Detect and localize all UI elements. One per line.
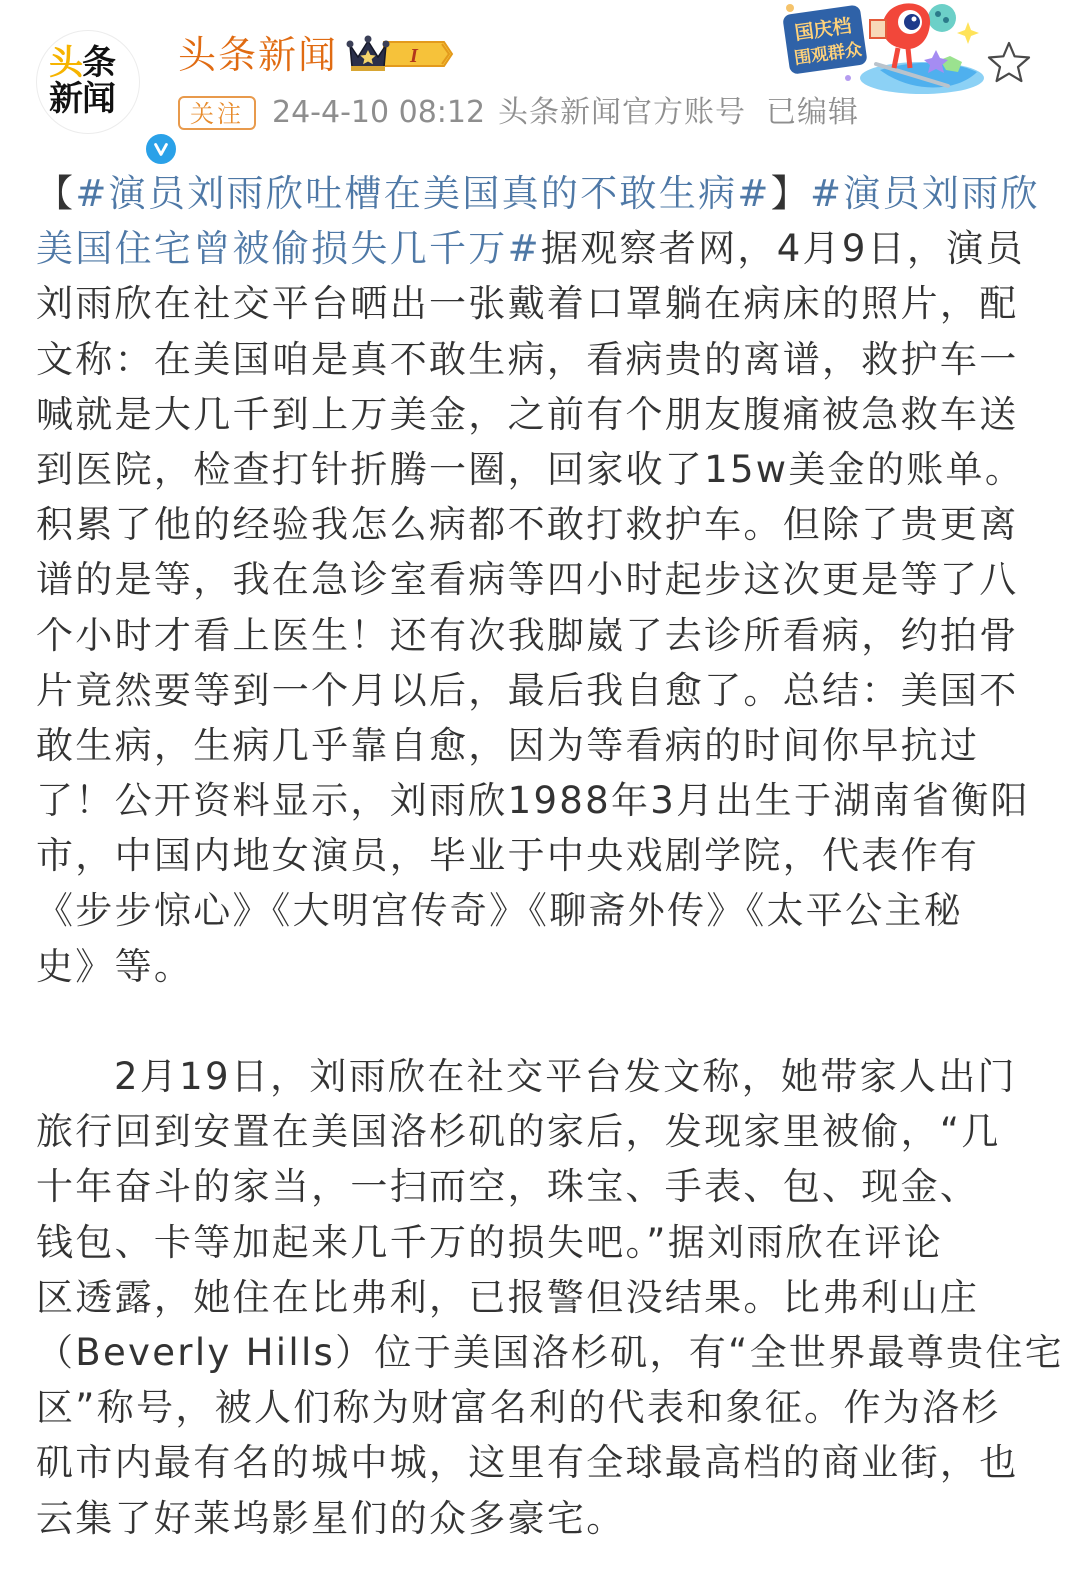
text-line: 云集了好莱坞影星们的众多豪宅。	[36, 1491, 1036, 1546]
body-text: 钱包、卡等加起来几千万的损失吧。”据刘雨欣在评论	[36, 1221, 943, 1264]
text-line: 谱的是等，我在急诊室看病等四小时起步这次更是等了八	[36, 552, 1036, 607]
toutiao-logo: 头条 新闻	[49, 45, 129, 117]
body-text: 史》等。	[36, 945, 193, 988]
text-line: 矶市内最有名的城中城，这里有全球最高档的商业街，也	[36, 1435, 1036, 1490]
body-text: 刘雨欣在社交平台晒出一张戴着口罩躺在病床的照片，配	[36, 282, 1019, 325]
body-text: 片竟然要等到一个月以后，最后我自愈了。总结：美国不	[36, 669, 1019, 712]
star-outline-icon[interactable]	[984, 38, 1034, 88]
body-text: 区透露，她住在比弗利，已报警但没结果。比弗利山庄	[36, 1276, 979, 1319]
avatar[interactable]: 头条 新闻	[36, 30, 140, 134]
text-line: 积累了他的经验我怎么病都不敢打救护车。但除了贵更离	[36, 497, 1036, 552]
body-text: 2月19日，刘雨欣在社交平台发文称，她带家人出门	[114, 1055, 1017, 1098]
text-line: 敢生病，生病几乎靠自愈，因为等看病的时间你早抗过	[36, 718, 1036, 773]
body-text: 云集了好莱坞影星们的众多豪宅。	[36, 1497, 626, 1540]
text-line: 《步步惊心》《大明宫传奇》《聊斋外传》《太平公主秘	[36, 883, 1036, 938]
text-line: 史》等。	[36, 939, 1036, 994]
text-line: 文称：在美国咱是真不敢生病，看病贵的离谱，救护车一	[36, 332, 1036, 387]
text-line: 区”称号，被人们称为财富名利的代表和象征。作为洛杉	[36, 1380, 1036, 1435]
promo-banner-mascot-icon[interactable]: 国庆档 围观群众	[772, 0, 992, 98]
edited-label[interactable]: 已编辑	[766, 92, 859, 134]
crown-level-badge-icon[interactable]: I	[346, 33, 458, 75]
paragraph-1: 【#演员刘雨欣吐槽在美国真的不敢生病#】#演员刘雨欣美国住宅曾被偷损失几千万#据…	[36, 166, 1036, 994]
follow-button[interactable]: 关注	[178, 96, 256, 130]
text-line: 个小时才看上医生！还有次我脚崴了去诊所看病，约拍骨	[36, 608, 1036, 663]
text-line: 【#演员刘雨欣吐槽在美国真的不敢生病#】#演员刘雨欣	[36, 166, 1036, 221]
body-text: 【	[36, 172, 75, 215]
logo-char-1: 头	[49, 43, 82, 83]
logo-char-2: 条	[82, 43, 115, 83]
text-line: （Beverly Hills）位于美国洛杉矶，有“全世界最尊贵住宅	[36, 1325, 1036, 1380]
body-text: 区”称号，被人们称为财富名利的代表和象征。作为洛杉	[36, 1386, 1001, 1429]
body-text: 到医院，检查打针折腾一圈，回家收了15w美金的账单。	[36, 448, 1024, 491]
text-line: 市，中国内地女演员，毕业于中央戏剧学院，代表作有	[36, 828, 1036, 883]
body-text: 】	[771, 172, 810, 215]
hashtag-link[interactable]: #演员刘雨欣吐槽在美国真的不敢生病#	[75, 172, 770, 215]
body-text: 据观察者网，4月9日，演员	[541, 227, 1025, 270]
paragraph-2: 2月19日，刘雨欣在社交平台发文称，她带家人出门旅行回到安置在美国洛杉矶的家后，…	[36, 1049, 1036, 1546]
text-line: 美国住宅曾被偷损失几千万#据观察者网，4月9日，演员	[36, 221, 1036, 276]
body-text: 个小时才看上医生！还有次我脚崴了去诊所看病，约拍骨	[36, 614, 1019, 657]
level-text: I	[409, 45, 419, 67]
body-text: （Beverly Hills）位于美国洛杉矶，有“全世界最尊贵住宅	[36, 1331, 1064, 1374]
logo-line-2: 新闻	[49, 81, 129, 117]
body-text: 十年奋斗的家当，一扫而空，珠宝、手表、包、现金、	[36, 1165, 979, 1208]
post-content: 【#演员刘雨欣吐槽在美国真的不敢生病#】#演员刘雨欣美国住宅曾被偷损失几千万#据…	[36, 166, 1036, 1546]
hashtag-link[interactable]: 美国住宅曾被偷损失几千万#	[36, 227, 541, 270]
body-text: 喊就是大几千到上万美金，之前有个朋友腹痛被急救车送	[36, 393, 1019, 436]
username[interactable]: 头条新闻	[178, 30, 338, 80]
post-source: 头条新闻官方账号	[498, 92, 746, 134]
text-line: 刘雨欣在社交平台晒出一张戴着口罩躺在病床的照片，配	[36, 276, 1036, 331]
text-line: 十年奋斗的家当，一扫而空，珠宝、手表、包、现金、	[36, 1159, 1036, 1214]
body-text: 市，中国内地女演员，毕业于中央戏剧学院，代表作有	[36, 834, 979, 877]
body-text: 文称：在美国咱是真不敢生病，看病贵的离谱，救护车一	[36, 338, 1019, 381]
text-line: 片竟然要等到一个月以后，最后我自愈了。总结：美国不	[36, 663, 1036, 718]
hashtag-link[interactable]: #演员刘雨欣	[810, 172, 1040, 215]
body-text: 敢生病，生病几乎靠自愈，因为等看病的时间你早抗过	[36, 724, 979, 767]
body-text: 旅行回到安置在美国洛杉矶的家后，发现家里被偷，“几	[36, 1110, 1001, 1153]
text-line: 到医院，检查打针折腾一圈，回家收了15w美金的账单。	[36, 442, 1036, 497]
post-timestamp: 24-4-10 08:12	[272, 92, 485, 134]
verified-v-icon	[143, 131, 179, 167]
text-line: 喊就是大几千到上万美金，之前有个朋友腹痛被急救车送	[36, 387, 1036, 442]
text-line: 钱包、卡等加起来几千万的损失吧。”据刘雨欣在评论	[36, 1215, 1036, 1270]
body-text: 谱的是等，我在急诊室看病等四小时起步这次更是等了八	[36, 558, 1019, 601]
text-line: 了！公开资料显示，刘雨欣1988年3月出生于湖南省衡阳	[36, 773, 1036, 828]
paragraph-spacer	[36, 994, 1036, 1049]
body-text: 矶市内最有名的城中城，这里有全球最高档的商业街，也	[36, 1441, 1019, 1484]
text-line: 区透露，她住在比弗利，已报警但没结果。比弗利山庄	[36, 1270, 1036, 1325]
body-text: 《步步惊心》《大明宫传奇》《聊斋外传》《太平公主秘	[36, 889, 963, 932]
text-line: 旅行回到安置在美国洛杉矶的家后，发现家里被偷，“几	[36, 1104, 1036, 1159]
body-text: 了！公开资料显示，刘雨欣1988年3月出生于湖南省衡阳	[36, 779, 1030, 822]
post-header: 头条 新闻 头条新闻 I 关注 24-4-10 08:12 头条新闻官方账号 已…	[0, 0, 1080, 150]
body-text: 积累了他的经验我怎么病都不敢打救护车。但除了贵更离	[36, 503, 1019, 546]
text-line: 2月19日，刘雨欣在社交平台发文称，她带家人出门	[36, 1049, 1036, 1104]
